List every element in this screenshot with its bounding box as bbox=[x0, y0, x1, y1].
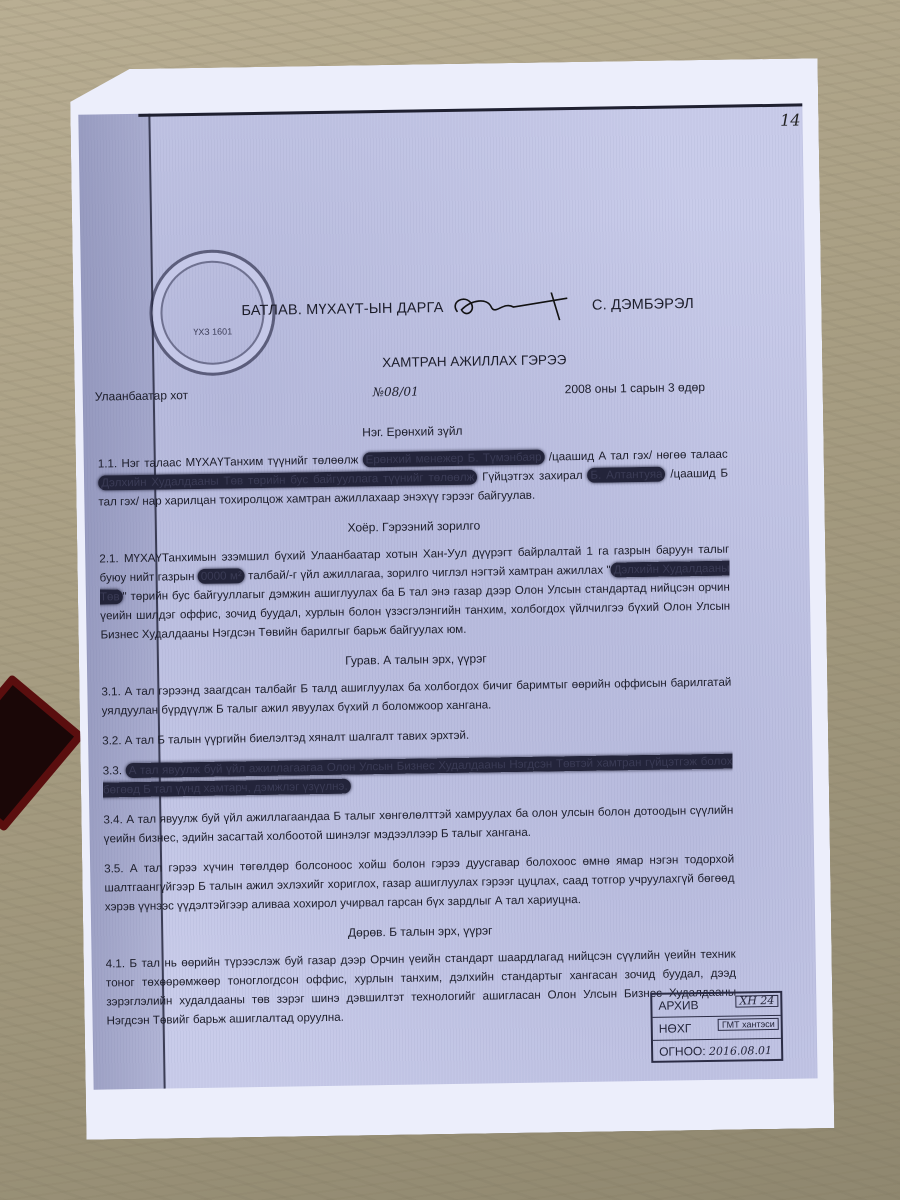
signatory-name: С. ДЭМБЭРЭЛ bbox=[592, 296, 694, 314]
redaction-mark: Ерөнхий менежер Б. Түмэнбаяр bbox=[362, 450, 544, 468]
archive-row: АРХИВ ХН 24 bbox=[652, 993, 780, 1018]
clause-text: 4.1. Б тал нь өөрийн түрээслэж буй газар… bbox=[106, 948, 737, 1028]
red-object-on-desk bbox=[0, 674, 85, 832]
date-row: ОГНОО: 2016.08.01 bbox=[653, 1039, 781, 1063]
clause-text: /цаашид А тал гэх/ нөгөө талаас bbox=[544, 448, 727, 464]
clause-3-3: 3.3. А тал явуулж буй үйл ажиллагаагаа О… bbox=[103, 752, 734, 800]
clause-3-2: 3.2. А тал Б талын үүргийн биелэлтэд хян… bbox=[102, 722, 732, 751]
clause-text: Гүйцэтгэх захирал bbox=[477, 469, 587, 484]
redaction-mark: Б. Алтантуяа bbox=[587, 467, 665, 483]
copy-top-edge bbox=[138, 103, 802, 116]
document-number: №08/01 bbox=[373, 382, 419, 402]
section-heading: Дөрөв. Б талын эрх, үүрэг bbox=[105, 918, 735, 947]
clause-text: талбай/-г үйл ажиллагаа, зорилго чиглэл … bbox=[245, 564, 611, 583]
redaction-mark: Дэлхийн Худалдааны Төв төрийн бус байгуу… bbox=[98, 470, 477, 491]
contract-body: Нэг. Ерөнхий зүйл1.1. Нэг талаас МҮХАҮТа… bbox=[97, 412, 737, 1042]
approval-label: БАТЛАВ. МҮХАҮТ-ЫН ДАРГА bbox=[241, 300, 443, 319]
clause-1-1: 1.1. Нэг талаас МҮХАҮТанхим түүнийг төлө… bbox=[98, 445, 729, 512]
fond-label: НӨХГ bbox=[659, 1021, 692, 1036]
fond-value: ГМТ хантэси bbox=[718, 1018, 779, 1031]
page-number: 14 bbox=[780, 110, 801, 129]
section-heading: Нэг. Ерөнхий зүйл bbox=[97, 418, 727, 447]
redaction-mark: А тал явуулж буй үйл ажиллагаагаа Олон У… bbox=[103, 754, 733, 798]
archive-stamp: АРХИВ ХН 24 НӨХГ ГМТ хантэси ОГНОО: 2016… bbox=[650, 991, 783, 1063]
section-heading: Гурав. А талын эрх, үүрэг bbox=[101, 646, 731, 675]
section-heading: Хоёр. Гэрээний зорилго bbox=[99, 513, 729, 542]
signature-icon bbox=[448, 292, 588, 322]
clause-text: 3.3. bbox=[103, 764, 126, 777]
paper-sheet: 14 ҮХЗ 1601 БАТЛАВ. МҮХАҮТ-ЫН ДАРГА С. Д… bbox=[70, 58, 835, 1140]
clause-2-1: 2.1. МҮХАҮТанхимын эзэмшил бүхий Улаанба… bbox=[99, 540, 730, 645]
clause-text: " төрийн бус байгууллагыг дэмжин ашиглуу… bbox=[100, 581, 730, 642]
clause-text: 3.4. А тал явуулж буй үйл ажиллагаандаа … bbox=[103, 804, 733, 846]
clause-text: 1.1. Нэг талаас МҮХАҮТанхим түүнийг төлө… bbox=[98, 453, 363, 470]
redaction-mark: 0000 м² bbox=[198, 568, 245, 584]
archive-value: ХН 24 bbox=[735, 995, 778, 1008]
clause-text: 3.5. А тал гэрээ хүчин төгөлдөр болсоноо… bbox=[104, 853, 734, 914]
clause-4-1: 4.1. Б тал нь өөрийн түрээслэж буй газар… bbox=[106, 945, 737, 1031]
archive-date-value: 2016.08.01 bbox=[709, 1044, 772, 1058]
clause-3-1: 3.1. А тал гэрээнд заагдсан талбайг Б та… bbox=[101, 673, 732, 721]
clause-3-5: 3.5. А тал гэрээ хүчин төгөлдөр болсоноо… bbox=[104, 850, 735, 917]
clause-3-4: 3.4. А тал явуулж буй үйл ажиллагаандаа … bbox=[103, 801, 734, 849]
archive-date-label: ОГНОО: bbox=[659, 1044, 706, 1059]
clause-text: 3.1. А тал гэрээнд заагдсан талбайг Б та… bbox=[101, 676, 731, 718]
fond-row: НӨХГ ГМТ хантэси bbox=[653, 1016, 781, 1041]
clause-text: 3.2. А тал Б талын үүргийн биелэлтэд хян… bbox=[102, 729, 469, 748]
document-city: Улаанбаатар хот bbox=[95, 386, 189, 406]
archive-label: АРХИВ bbox=[658, 998, 698, 1013]
document-date: 2008 оны 1 сарын 3 өдөр bbox=[565, 378, 706, 399]
